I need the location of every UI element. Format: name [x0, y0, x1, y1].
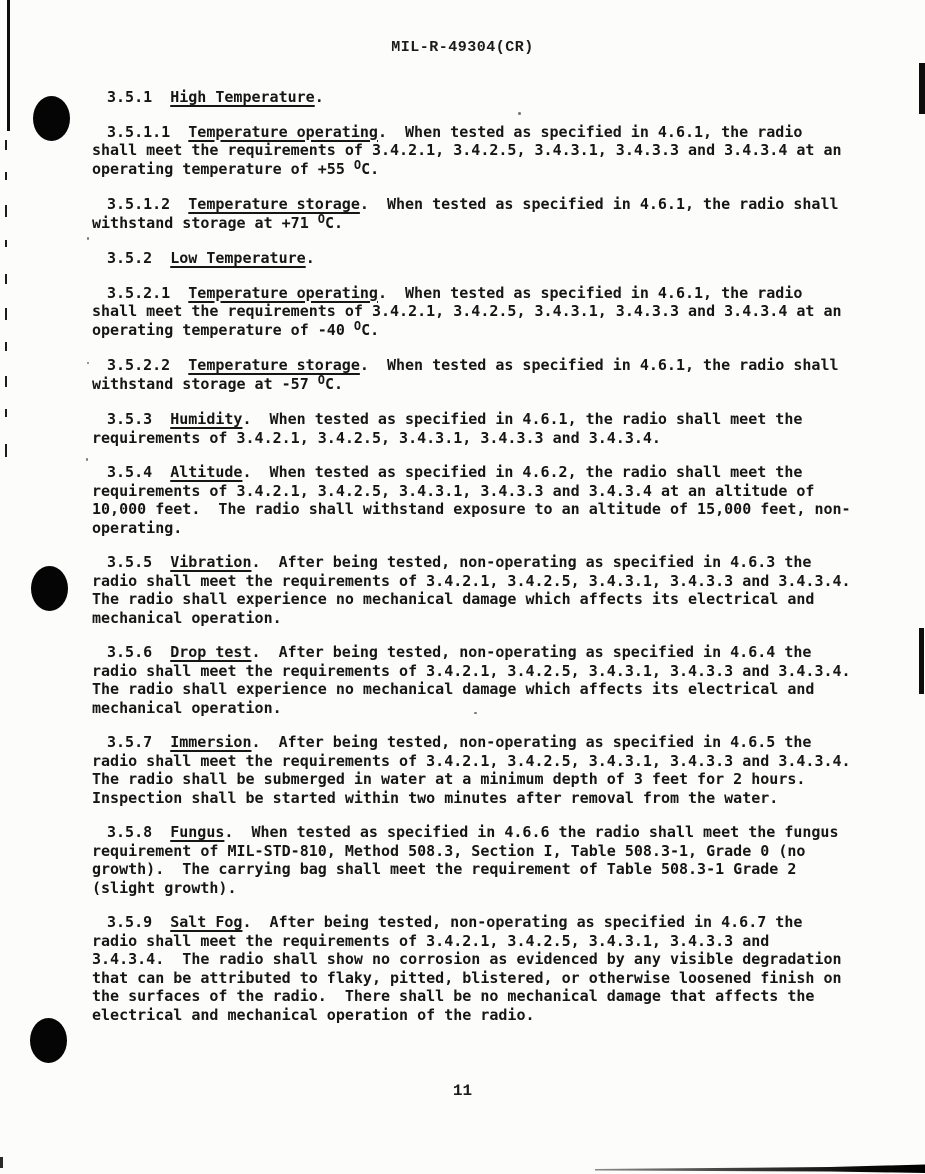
paragraph-3.5.2.2: 3.5.2.2 Temperature storage. When tested…	[92, 356, 882, 394]
text-line: 3.5.3 Humidity. When tested as specified…	[92, 410, 882, 429]
text-line: electrical and mechanical operation of t…	[92, 1006, 882, 1025]
text-line: 3.5.2.1 Temperature operating. When test…	[92, 284, 882, 303]
text-line: 3.5.4 Altitude. When tested as specified…	[92, 463, 882, 482]
scan-speck	[86, 458, 88, 461]
text-line: 3.5.6 Drop test. After being tested, non…	[92, 643, 882, 662]
text-line: 3.5.1.1 Temperature operating. When test…	[92, 123, 882, 142]
text-line: The radio shall experience no mechanical…	[92, 590, 882, 609]
text-line: radio shall meet the requirements of 3.4…	[92, 932, 882, 951]
text-line: 3.5.9 Salt Fog. After being tested, non-…	[92, 913, 882, 932]
hole-punch-dot	[33, 96, 70, 141]
page-number: 11	[0, 1082, 925, 1100]
paragraph-3.5.6: 3.5.6 Drop test. After being tested, non…	[92, 643, 882, 717]
document-header: MIL-R-49304(CR)	[0, 39, 925, 56]
paragraph-3.5.7: 3.5.7 Immersion. After being tested, non…	[92, 733, 882, 807]
text-line: shall meet the requirements of 3.4.2.1, …	[92, 141, 882, 160]
text-line: 3.5.2.2 Temperature storage. When tested…	[92, 356, 882, 375]
text-line: growth). The carrying bag shall meet the…	[92, 860, 882, 879]
text-line: that can be attributed to flaky, pitted,…	[92, 969, 882, 988]
text-line: The radio shall experience no mechanical…	[92, 680, 882, 699]
text-line: 10,000 feet. The radio shall withstand e…	[92, 500, 882, 519]
scanned-document-page: MIL-R-49304(CR) 3.5.1 High Temperature.3…	[0, 0, 925, 1174]
text-line: mechanical operation.	[92, 609, 882, 628]
scan-speck	[474, 712, 477, 714]
text-line: operating temperature of -40 OC.	[92, 321, 882, 341]
left-edge-mark	[5, 205, 7, 217]
left-edge-mark	[5, 342, 7, 351]
paragraph-3.5.2: 3.5.2 Low Temperature.	[92, 249, 882, 268]
left-edge-mark	[5, 240, 7, 247]
text-line: 3.5.1.2 Temperature storage. When tested…	[92, 195, 882, 214]
text-line: 3.5.7 Immersion. After being tested, non…	[92, 733, 882, 752]
text-line: shall meet the requirements of 3.4.2.1, …	[92, 302, 882, 321]
hole-punch-dot	[30, 1018, 67, 1063]
document-body: 3.5.1 High Temperature.3.5.1.1 Temperatu…	[92, 88, 882, 1024]
text-line: requirements of 3.4.2.1, 3.4.2.5, 3.4.3.…	[92, 429, 882, 448]
text-line: operating.	[92, 519, 882, 538]
text-line: 3.5.2 Low Temperature.	[92, 249, 882, 268]
left-edge-mark	[5, 376, 7, 387]
paragraph-3.5.1.1: 3.5.1.1 Temperature operating. When test…	[92, 123, 882, 180]
text-line: requirement of MIL-STD-810, Method 508.3…	[92, 842, 882, 861]
left-edge-mark	[5, 140, 7, 150]
margin-change-bar	[919, 628, 924, 694]
text-line: 3.5.8 Fungus. When tested as specified i…	[92, 823, 882, 842]
left-edge-mark	[5, 409, 7, 417]
left-edge-mark	[5, 172, 7, 180]
text-line: radio shall meet the requirements of 3.4…	[92, 572, 882, 591]
paragraph-3.5.1.2: 3.5.1.2 Temperature storage. When tested…	[92, 195, 882, 233]
text-line: operating temperature of +55 OC.	[92, 160, 882, 180]
paragraph-3.5.3: 3.5.3 Humidity. When tested as specified…	[92, 410, 882, 447]
text-line: requirements of 3.4.2.1, 3.4.2.5, 3.4.3.…	[92, 482, 882, 501]
text-line: the surfaces of the radio. There shall b…	[92, 987, 882, 1006]
paragraph-3.5.2.1: 3.5.2.1 Temperature operating. When test…	[92, 284, 882, 341]
text-line: Inspection shall be started within two m…	[92, 789, 882, 808]
text-line: The radio shall be submerged in water at…	[92, 770, 882, 789]
text-line: 3.5.1 High Temperature.	[92, 88, 882, 107]
margin-change-bar	[919, 63, 925, 114]
hole-punch-dot	[31, 566, 68, 611]
text-line: 3.4.3.4. The radio shall show no corrosi…	[92, 950, 882, 969]
scan-speck	[87, 362, 89, 364]
paragraph-3.5.4: 3.5.4 Altitude. When tested as specified…	[92, 463, 882, 537]
paragraph-3.5.5: 3.5.5 Vibration. After being tested, non…	[92, 553, 882, 627]
text-line: radio shall meet the requirements of 3.4…	[92, 752, 882, 771]
text-line: (slight growth).	[92, 879, 882, 898]
left-edge-mark	[5, 274, 7, 284]
text-line: withstand storage at +71 OC.	[92, 214, 882, 234]
text-line: withstand storage at -57 OC.	[92, 375, 882, 395]
paragraph-3.5.8: 3.5.8 Fungus. When tested as specified i…	[92, 823, 882, 897]
text-line: 3.5.5 Vibration. After being tested, non…	[92, 553, 882, 572]
left-edge-mark	[5, 444, 7, 457]
scan-speck	[518, 112, 521, 115]
scan-mark	[0, 1157, 3, 1168]
scan-edge-line	[7, 0, 10, 131]
left-edge-mark	[5, 308, 7, 320]
text-line: mechanical operation.	[92, 699, 882, 718]
paragraph-3.5.1: 3.5.1 High Temperature.	[92, 88, 882, 107]
paragraph-3.5.9: 3.5.9 Salt Fog. After being tested, non-…	[92, 913, 882, 1024]
scan-speck	[87, 237, 89, 240]
text-line: radio shall meet the requirements of 3.4…	[92, 662, 882, 681]
